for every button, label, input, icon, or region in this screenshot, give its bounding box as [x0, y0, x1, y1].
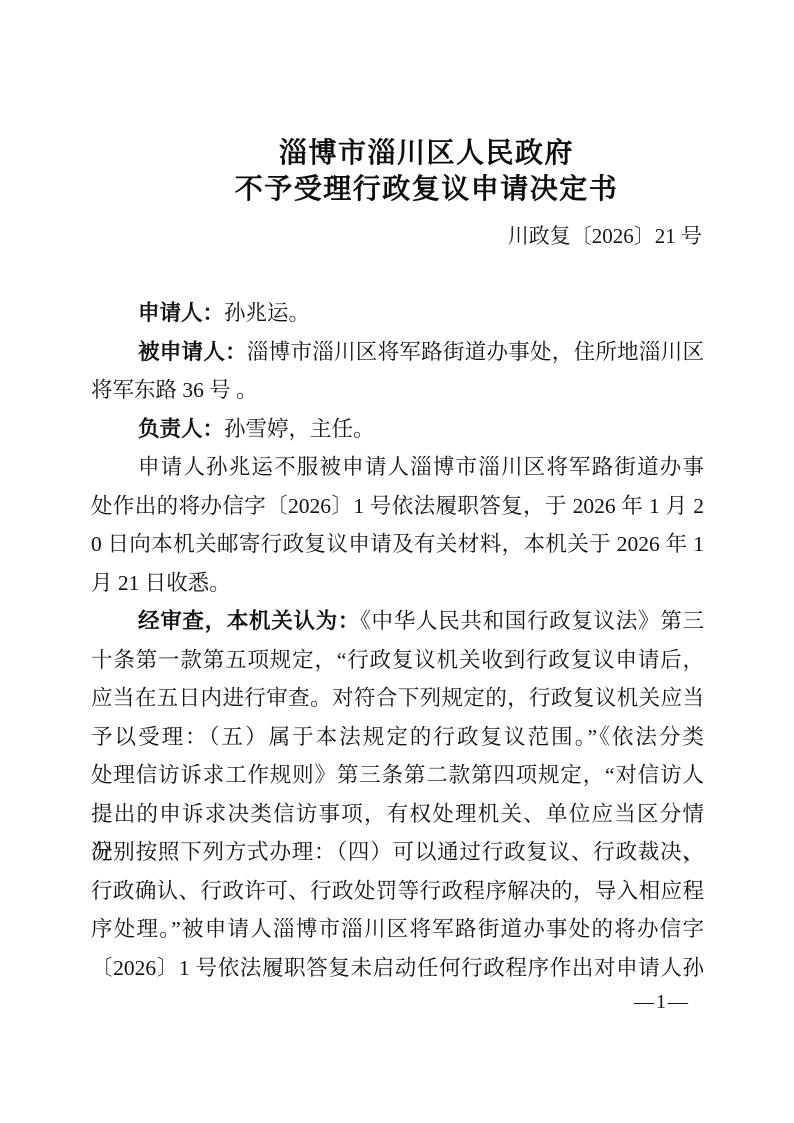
- body-line: 0 日向本机关邮寄行政复议申请及有关材料，本机关于 2026 年 1: [91, 525, 704, 564]
- body-text-bold-segment: 被申请人：: [138, 340, 247, 364]
- body-text-segment: 处理信访诉求工作规则》第三条第二款第四项规定，“对信访人: [91, 763, 704, 787]
- body-line: 序处理。”被申请人淄博市淄川区将军路街道办事处的将办信字: [91, 910, 704, 949]
- body-line: 分别按照下列方式办理：（四）可以通过行政复议、行政裁决、: [91, 833, 704, 872]
- body-line: 负责人：孙雪婷，主任。: [91, 410, 704, 449]
- document-title-line2: 不予受理行政复议申请决定书: [148, 172, 705, 208]
- body-line: 予以受理：（五）属于本法规定的行政复议范围。”《依法分类: [91, 718, 704, 757]
- body-text-segment: 行政确认、行政许可、行政处罚等行政程序解决的，导入相应程: [91, 879, 704, 903]
- document-title-line1: 淄博市淄川区人民政府: [148, 136, 705, 172]
- body-text-segment: 应当在五日内进行审查。对符合下列规定的，行政复议机关应当: [91, 686, 704, 710]
- body-text-segment: 〔2026〕1 号依法履职答复未启动任何行政程序作出对申请人孙: [91, 956, 704, 980]
- document-title: 淄博市淄川区人民政府 不予受理行政复议申请决定书: [148, 136, 705, 208]
- document-number: 川政复〔2026〕21 号: [91, 221, 702, 251]
- body-text-segment: 《中华人民共和国行政复议法》第三: [360, 609, 704, 633]
- body-text-bold-segment: 经审查，本机关认为：: [138, 609, 360, 633]
- body-line: 经审查，本机关认为：《中华人民共和国行政复议法》第三: [91, 602, 704, 641]
- body-line: 应当在五日内进行审查。对符合下列规定的，行政复议机关应当: [91, 679, 704, 718]
- body-line: 处理信访诉求工作规则》第三条第二款第四项规定，“对信访人: [91, 756, 704, 795]
- body-text-segment: 予以受理：（五）属于本法规定的行政复议范围。”《依法分类: [91, 725, 704, 749]
- body-text-segment: 申请人孙兆运不服被申请人淄博市淄川区将军路街道办事: [138, 455, 704, 479]
- document-page: 淄博市淄川区人民政府 不予受理行政复议申请决定书 川政复〔2026〕21 号 申…: [0, 0, 794, 1123]
- body-text-segment: 淄博市淄川区将军路街道办事处，住所地淄川区: [247, 340, 704, 364]
- body-text-segment: 月 21 日收悉。: [91, 571, 231, 595]
- body-line: 十条第一款第五项规定，“行政复议机关收到行政复议申请后，: [91, 641, 704, 680]
- body-line: 将军东路 36 号 。: [91, 371, 704, 410]
- body-text-segment: 分别按照下列方式办理：（四）可以通过行政复议、行政裁决、: [91, 840, 704, 864]
- body-text-segment: 将军东路 36 号 。: [91, 378, 258, 402]
- document-body: 申请人：孙兆运。被申请人：淄博市淄川区将军路街道办事处，住所地淄川区将军东路 3…: [91, 294, 704, 987]
- body-line: 处作出的将办信字〔2026〕1 号依法履职答复，于 2026 年 1 月 2: [91, 487, 704, 526]
- body-text-segment: 处作出的将办信字〔2026〕1 号依法履职答复，于 2026 年 1 月 2: [91, 494, 704, 518]
- body-line: 月 21 日收悉。: [91, 564, 704, 603]
- body-text-segment: 十条第一款第五项规定，“行政复议机关收到行政复议申请后，: [91, 648, 704, 672]
- body-line: 〔2026〕1 号依法履职答复未启动任何行政程序作出对申请人孙: [91, 949, 704, 988]
- body-line: 提出的申诉求决类信访事项，有权处理机关、单位应当区分情况，: [91, 795, 704, 834]
- body-text-segment: 孙兆运。: [224, 301, 310, 325]
- body-line: 被申请人：淄博市淄川区将军路街道办事处，住所地淄川区: [91, 333, 704, 372]
- body-text-segment: 0 日向本机关邮寄行政复议申请及有关材料，本机关于 2026 年 1: [91, 532, 704, 556]
- body-text-segment: 序处理。”被申请人淄博市淄川区将军路街道办事处的将办信字: [91, 917, 704, 941]
- body-text-bold-segment: 申请人：: [138, 301, 224, 325]
- body-line: 申请人：孙兆运。: [91, 294, 704, 333]
- body-line: 行政确认、行政许可、行政处罚等行政程序解决的，导入相应程: [91, 872, 704, 911]
- page-number: —1—: [634, 991, 690, 1013]
- body-text-bold-segment: 负责人：: [138, 417, 224, 441]
- body-text-segment: 孙雪婷，主任。: [224, 417, 375, 441]
- body-line: 申请人孙兆运不服被申请人淄博市淄川区将军路街道办事: [91, 448, 704, 487]
